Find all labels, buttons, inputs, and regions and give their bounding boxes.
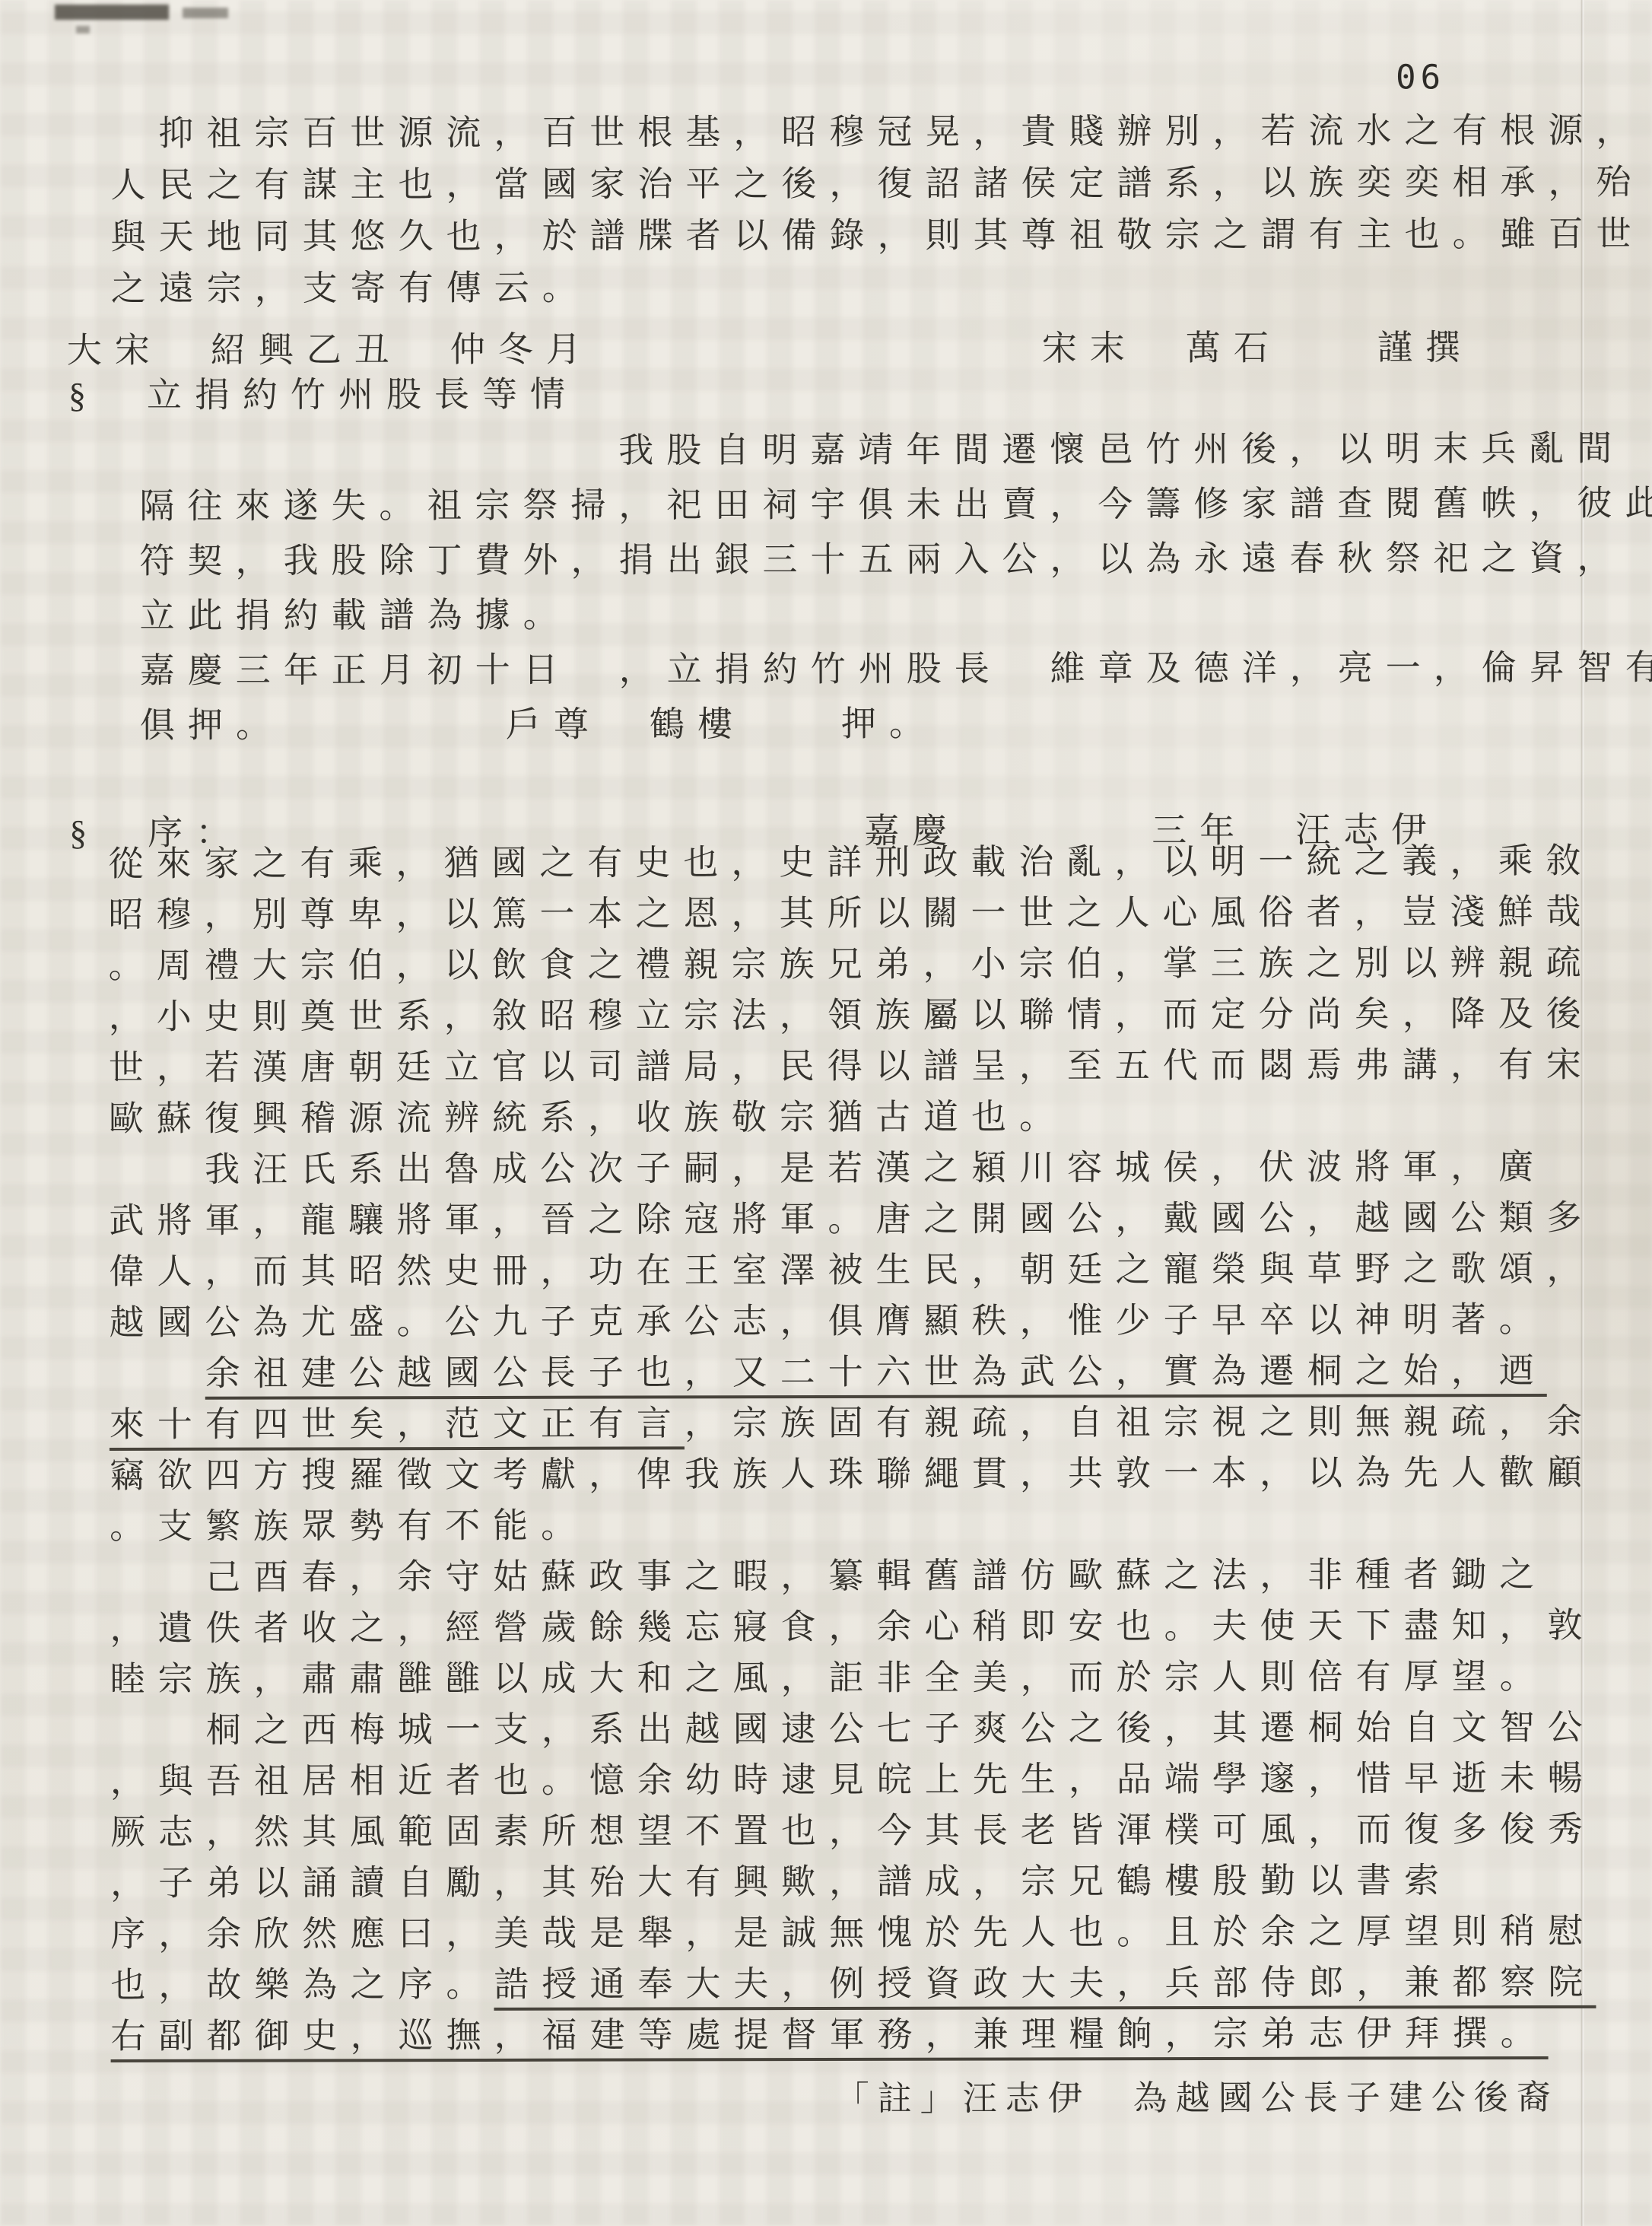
text-segment: 昭穆，別尊卑，以篤一本之恩，其所以關一世之人心風俗者，豈淺鮮哉 (108, 892, 1593, 934)
text-segment: 越國公為尤盛。公九子克承公志，俱膺顯秩，惟少子早卒以神明著。 (110, 1300, 1547, 1342)
text-segment: 抑祖宗百世源流，百世根基，昭穆冠晃，貴賤辦別，若流水之有根源， (110, 111, 1644, 153)
text-line: 竊欲四方搜羅徵文考獻，俾我族人珠聯繩貫，共敦一本，以為先人歡顧 (110, 1447, 1595, 1501)
text-segment: 厥志，然其風範固素所想望不置也，今其長老皆渾樸可風，而復多俊秀 (110, 1810, 1596, 1852)
text-segment: 。周禮大宗伯，以飲食之禮親宗族兄弟，小宗伯，掌三族之別以辨親疏 (109, 943, 1594, 985)
text-line: 我汪氏系出魯成公次子嗣，是若漢之潁川容城侯，伏波將軍，廣 (109, 1141, 1594, 1195)
text-line: 從來家之有乘，猶國之有史也，史詳刑政載治亂，以明一統之義，乘敘 (108, 835, 1593, 889)
text-line: 來十有四世矣，范文正有言，宗族固有親疏，自祖宗視之則無親疏，余 (110, 1396, 1595, 1450)
text-segment: 竊欲四方搜羅徵文考獻，俾我族人珠聯繩貫，共敦一本，以為先人歡顧 (110, 1453, 1595, 1495)
text-segment: 人民之有謀主也，當國家治平之後，復詔諸侯定譜系，以族奕奕相承，殆 (110, 163, 1644, 205)
text-segment: 我汪氏系出魯成公次子嗣，是若漢之潁川容城侯，伏波將軍，廣 (109, 1147, 1546, 1189)
text-segment: 之遠宗，支寄有傳云。 (111, 269, 590, 308)
text-line: 睦宗族，肅肅雝雝以成大和之風，詎非全美，而於宗人則倍有厚望。 (110, 1651, 1595, 1705)
text-line: 隔往來遂失。祖宗祭掃，祀田祠宇俱未出賣，今籌修家譜查閱舊帙，彼此 (139, 476, 1652, 534)
hand-underlined-text: 來十有四世矣，范文正有言 (110, 1404, 685, 1451)
text-segment: ，遺佚者收之，經營歲餘幾忘寢食，余心稍即安也。夫使天下盡知，敦 (110, 1606, 1595, 1648)
text-segment: ，與吾祖居相近者也。憶余幼時逮見皖上先生，品端學邃，惜早逝未暢 (110, 1759, 1596, 1801)
text-line: 己酉春，余守姑蘇政事之暇，纂輯舊譜仿歐蘇之法，非種者鋤之 (110, 1549, 1595, 1603)
text-line: 偉人，而其昭然史冊，功在王室澤被生民，朝廷之寵榮與草野之歌頌， (109, 1243, 1594, 1297)
text-segment: 嘉慶三年正月初十日 ，立捐約竹州股長 維章及德洋，亮一，倫昇智有 (140, 648, 1652, 690)
text-segment: 己酉春，余守姑蘇政事之暇，纂輯舊譜仿歐蘇之法，非種者鋤之 (110, 1555, 1547, 1597)
hand-underlined-text: 右副都御史，巡撫，福建等處提督軍務，兼理糧餉，宗弟志伊拜撰。 (110, 2014, 1548, 2062)
text-segment: ，宗族固有親疏，自祖宗視之則無親疏，余 (685, 1402, 1595, 1443)
text-line: ，與吾祖居相近者也。憶余幼時逮見皖上先生，品端學邃，惜早逝未暢 (110, 1753, 1596, 1807)
text-segment: 偉人，而其昭然史冊，功在王室澤被生民，朝廷之寵榮與草野之歌頌， (109, 1249, 1594, 1291)
covenant-block: 我股自明嘉靖年間遷懷邑竹州後，以明末兵亂間隔往來遂失。祖宗祭掃，祀田祠宇俱未出賣… (139, 421, 1652, 753)
covenant-heading: § 立捐約竹州股長等情 (68, 367, 578, 418)
text-segment: 武將軍，龍驤將軍，晉之除寇將軍。唐之開國公，戴國公，越國公類多 (109, 1198, 1594, 1240)
text-line: 符契，我股除丁費外，捐出銀三十五兩入公，以為永遠春秋祭祀之資， (139, 531, 1652, 589)
text-segment: 與天地同其悠久也，於譜牒者以備錄，則其尊祖敬宗之謂有主也。雖百世 (111, 215, 1644, 256)
text-line: ，遺佚者收之，經營歲餘幾忘寢食，余心稍即安也。夫使天下盡知，敦 (110, 1600, 1595, 1654)
text-line: 人民之有謀主也，當國家治平之後，復詔諸侯定譜系，以族奕奕相承，殆 (110, 157, 1644, 211)
text-line: 武將軍，龍驤將軍，晉之除寇將軍。唐之開國公，戴國公，越國公類多 (109, 1192, 1594, 1246)
text-segment: 桐之西梅城一支，系出越國逮公七子爽公之後，其遷桐始自文智公 (110, 1708, 1596, 1750)
text-segment: 我股自明嘉靖年間遷懷邑竹州後，以明末兵亂間 (139, 429, 1625, 471)
preface2-block: 從來家之有乘，猶國之有史也，史詳刑政載治亂，以明一統之義，乘敘昭穆，別尊卑，以篤… (108, 835, 1596, 2062)
text-segment: 序，余欣然應曰，美哉是舉，是誠無愧於先人也。且於余之厚望則稍慰 (110, 1912, 1596, 1954)
text-line: 。支繁族眾勢有不能。 (110, 1498, 1595, 1552)
text-line: 右副都御史，巡撫，福建等處提督軍務，兼理糧餉，宗弟志伊拜撰。 (110, 2008, 1596, 2062)
text-line: ，子弟以誦讀自勵，其殆大有興歟，譜成，宗兄鶴樓殷勤以書索 (110, 1855, 1596, 1909)
text-line: 世，若漢唐朝廷立官以司譜局，民得以譜呈，至五代而閟焉弗講，有宋 (109, 1039, 1594, 1093)
text-segment: 符契，我股除丁費外，捐出銀三十五兩入公，以為永遠春秋祭祀之資， (139, 539, 1625, 580)
page-content: 06 抑祖宗百世源流，百世根基，昭穆冠晃，貴賤辦別，若流水之有根源，人民之有謀主… (0, 0, 1652, 2226)
text-line: 俱押。 戶尊 鶴樓 押。 (140, 695, 1652, 753)
preface1-author-signature: 宋末 萬石 謹撰 (1042, 320, 1473, 370)
hand-underlined-text: 余祖建公越國公長子也，又二十六世為武公，實為遷桐之始，迺 (205, 1351, 1547, 1400)
text-line: ，小史則奠世系，敘昭穆立宗法，領族屬以聯情，而定分尚矣，降及後 (109, 988, 1594, 1042)
hand-underlined-text: 誥授通奉大夫，例授資政大夫，兵部侍郎，兼都察院 (494, 1963, 1596, 2011)
text-line: 也，故樂為之序。誥授通奉大夫，例授資政大夫，兵部侍郎，兼都察院 (110, 1957, 1596, 2011)
page-number: 06 (1396, 58, 1445, 97)
text-segment: 俱押。 戶尊 鶴樓 押。 (140, 704, 937, 745)
text-line: 越國公為尤盛。公九子克承公志，俱膺顯秩，惟少子早卒以神明著。 (110, 1294, 1595, 1348)
text-segment: 歐蘇復興稽源流辨統系，收族敬宗猶古道也。 (109, 1097, 1067, 1138)
text-line: 厥志，然其風範固素所想望不置也，今其長老皆渾樸可風，而復多俊秀 (110, 1804, 1596, 1858)
text-line: 余祖建公越國公長子也，又二十六世為武公，實為遷桐之始，迺 (110, 1345, 1595, 1399)
text-line: 嘉慶三年正月初十日 ，立捐約竹州股長 維章及德洋，亮一，倫昇智有 (140, 641, 1652, 698)
text-segment: ，子弟以誦讀自勵，其殆大有興歟，譜成，宗兄鶴樓殷勤以書索 (110, 1861, 1452, 1903)
text-line: 我股自明嘉靖年間遷懷邑竹州後，以明末兵亂間 (139, 421, 1652, 479)
text-segment: 。支繁族眾勢有不能。 (110, 1506, 589, 1546)
text-segment: 立此捐約載譜為據。 (140, 596, 571, 635)
text-line: 抑祖宗百世源流，百世根基，昭穆冠晃，貴賤辦別，若流水之有根源， (110, 105, 1644, 160)
scanned-genealogy-page: 06 抑祖宗百世源流，百世根基，昭穆冠晃，貴賤辦別，若流水之有根源，人民之有謀主… (0, 0, 1652, 2226)
text-segment: ，小史則奠世系，敘昭穆立宗法，領族屬以聯情，而定分尚矣，降及後 (109, 994, 1594, 1036)
preface1-block: 抑祖宗百世源流，百世根基，昭穆冠晃，貴賤辦別，若流水之有根源，人民之有謀主也，當… (110, 105, 1644, 315)
text-segment: 隔往來遂失。祖宗祭掃，祀田祠宇俱未出賣，今籌修家譜查閱舊帙，彼此 (139, 484, 1652, 526)
text-line: 之遠宗，支寄有傳云。 (111, 260, 1644, 315)
text-line: 歐蘇復興稽源流辨統系，收族敬宗猶古道也。 (109, 1090, 1594, 1144)
text-segment: 睦宗族，肅肅雝雝以成大和之風，詎非全美，而於宗人則倍有厚望。 (110, 1657, 1548, 1699)
preface1-date: 大宋 紹興乙丑 仲冬月 (67, 322, 594, 373)
note-line: 「註」汪志伊 為越國公長子建公後裔 (835, 2069, 1559, 2120)
text-segment: 世，若漢唐朝廷立官以司譜局，民得以譜呈，至五代而閟焉弗講，有宋 (109, 1045, 1594, 1087)
text-segment (110, 1354, 205, 1393)
text-segment: 從來家之有乘，猶國之有史也，史詳刑政載治亂，以明一統之義，乘敘 (108, 841, 1593, 883)
text-line: 昭穆，別尊卑，以篤一本之恩，其所以關一世之人心風俗者，豈淺鮮哉 (108, 886, 1593, 940)
text-line: 。周禮大宗伯，以飲食之禮親宗族兄弟，小宗伯，掌三族之別以辨親疏 (109, 937, 1594, 991)
text-line: 桐之西梅城一支，系出越國逮公七子爽公之後，其遷桐始自文智公 (110, 1702, 1596, 1756)
text-line: 立此捐約載譜為據。 (140, 586, 1652, 644)
text-segment: 也，故樂為之序。 (110, 1965, 494, 2005)
text-line: 與天地同其悠久也，於譜牒者以備錄，則其尊祖敬宗之謂有主也。雖百世 (111, 208, 1644, 263)
text-line: 序，余欣然應曰，美哉是舉，是誠無愧於先人也。且於余之厚望則稍慰 (110, 1906, 1596, 1960)
